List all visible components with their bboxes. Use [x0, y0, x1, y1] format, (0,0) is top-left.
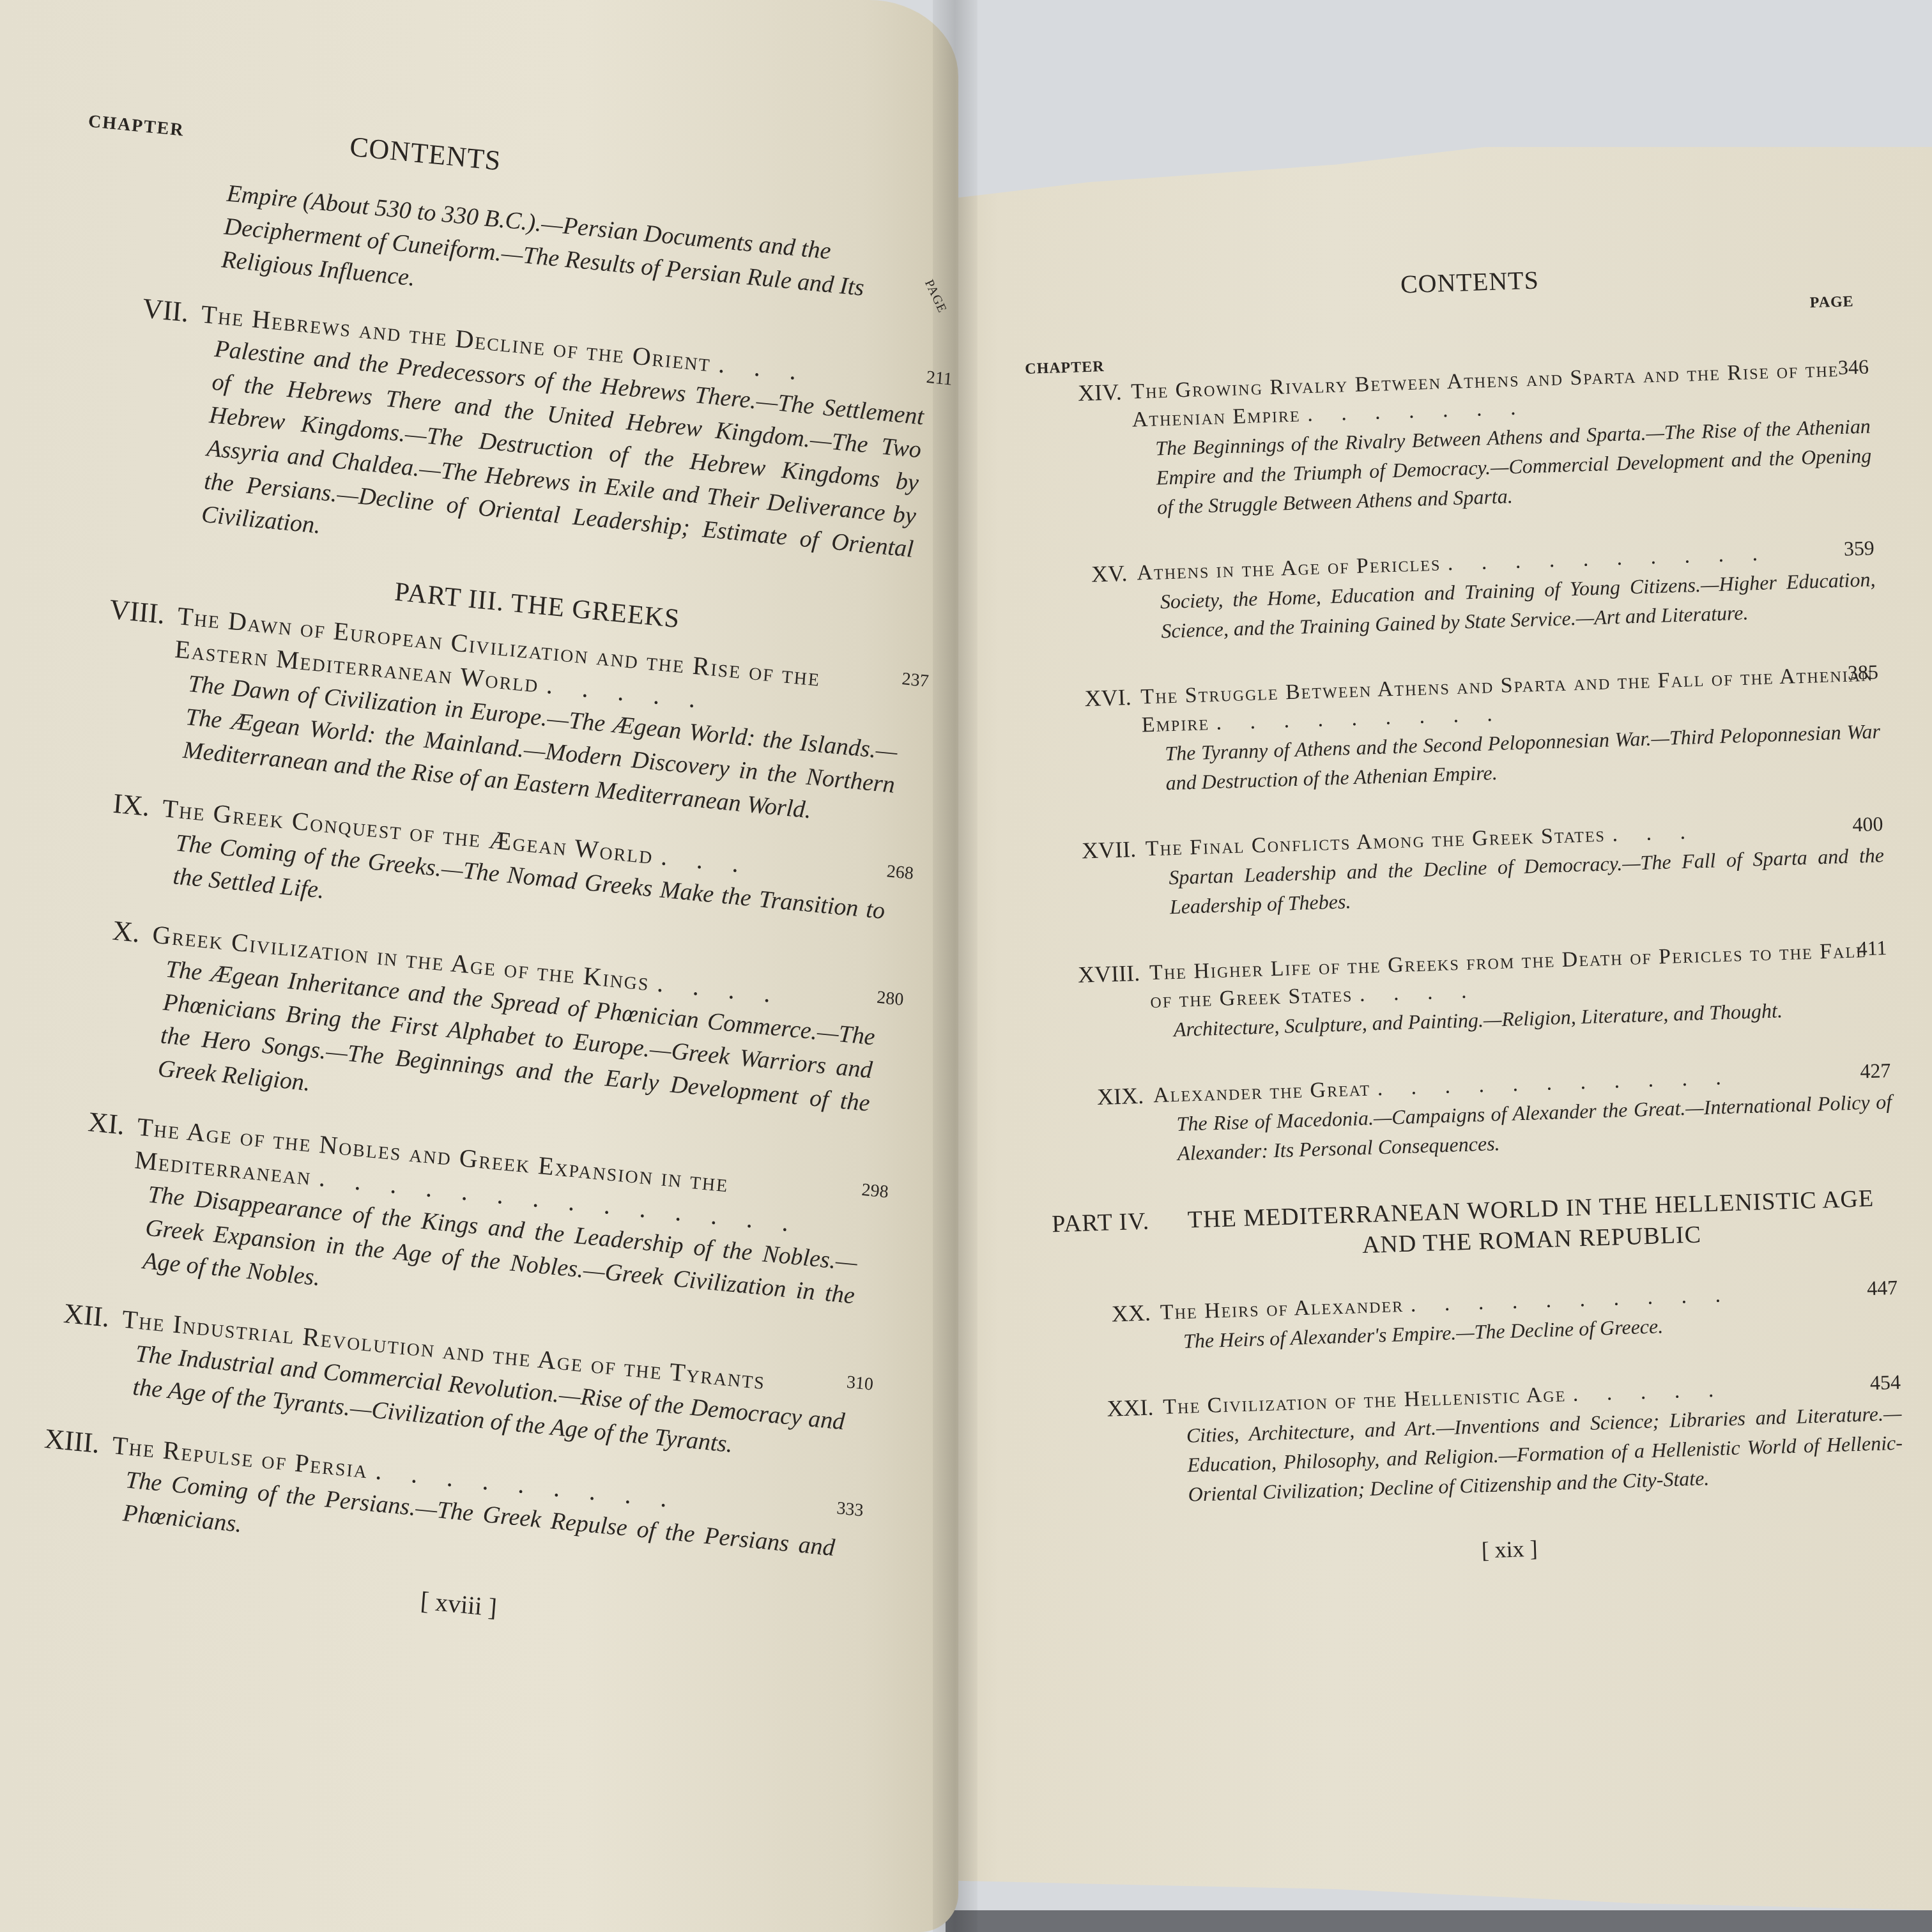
- page-number: 280: [876, 988, 904, 1011]
- right-page-content: CONTENTS PAGE CHAPTER XIV. The Growing R…: [1022, 255, 1904, 1507]
- chapter-number: XIII.: [22, 1420, 100, 1460]
- page-number: 268: [886, 861, 914, 884]
- chapter-number: XII.: [32, 1294, 111, 1333]
- toc-entry: XIX. Alexander the Great . . . . . . . .…: [1048, 1059, 1894, 1172]
- page-number: 400: [1852, 812, 1883, 836]
- toc-entry: XX. The Heirs of Alexander . . . . . . .…: [1054, 1276, 1899, 1360]
- chapter-number: VIII.: [88, 591, 166, 631]
- page-number: 447: [1867, 1276, 1898, 1300]
- chapter-title: Alexander the Great: [1153, 1077, 1371, 1108]
- toc-entry: XV. Athens in the Age of Pericles . . . …: [1031, 536, 1877, 649]
- toc-entry: XVII. The Final Conflicts Among the Gree…: [1039, 812, 1885, 925]
- page-column-label: PAGE: [1809, 293, 1854, 312]
- leader-dots: . . .: [717, 349, 809, 386]
- page-number: 359: [1843, 536, 1874, 560]
- page-number: 310: [846, 1372, 874, 1395]
- chapter-number: XIX.: [1048, 1082, 1144, 1112]
- chapter-number: IX.: [72, 783, 151, 823]
- page-number: 346: [1837, 355, 1869, 379]
- page-number: 427: [1860, 1059, 1891, 1083]
- left-page-content: CHAPTER PAGE CONTENTS Empire (About 530 …: [12, 109, 942, 1655]
- toc-entries: XIV. The Growing Rivalry Between Athens …: [1025, 355, 1906, 1577]
- page-number: 237: [901, 669, 929, 692]
- leader-dots: . . . . .: [1572, 1377, 1726, 1406]
- page-number: 211: [926, 367, 953, 390]
- part-heading: PART IV.THE MEDITERRANEAN WORLD IN THE H…: [1052, 1183, 1896, 1270]
- chapter-number: XV.: [1031, 560, 1128, 590]
- chapter-column-label: CHAPTER: [1025, 358, 1105, 378]
- page-number: 454: [1869, 1370, 1901, 1395]
- toc-entry: XIV. The Growing Rivalry Between Athens …: [1025, 355, 1873, 525]
- leader-dots: . . .: [660, 841, 751, 878]
- part-title: THE MEDITERRANEAN WORLD IN THE HELLENIST…: [1186, 1183, 1877, 1266]
- leader-dots: . . .: [1612, 820, 1698, 846]
- page-number: 333: [836, 1498, 864, 1521]
- page-number: 411: [1857, 936, 1887, 960]
- chapter-number: XXI.: [1057, 1393, 1154, 1423]
- leader-dots: . . . .: [1359, 979, 1478, 1006]
- chapter-number: XVI.: [1035, 684, 1131, 714]
- toc-entry: VII. The Hebrews and the Decline of the …: [95, 289, 928, 599]
- chapter-number: XX.: [1054, 1299, 1151, 1329]
- chapter-number: XVII.: [1039, 836, 1136, 866]
- chapter-number: VII.: [111, 289, 190, 328]
- toc-entry: XVI. The Struggle Between Athens and Spa…: [1035, 660, 1882, 801]
- chapter-title: The Heirs of Alexander: [1160, 1293, 1404, 1324]
- chapter-number: XVIII.: [1044, 960, 1140, 990]
- toc-entry: XVIII. The Higher Life of the Greeks fro…: [1044, 936, 1890, 1048]
- toc-entry: XXI. The Civilization of the Hellenistic…: [1057, 1370, 1904, 1513]
- chapter-number: XI.: [47, 1101, 126, 1141]
- leader-dots: . . . . . . .: [1307, 395, 1528, 426]
- page-number: 298: [861, 1180, 889, 1203]
- table-surface: [946, 1910, 1932, 1932]
- part-label: PART IV.: [1052, 1205, 1186, 1240]
- chapter-number: XIV.: [1025, 378, 1122, 408]
- chapter-number: X.: [62, 909, 141, 949]
- page-number: 385: [1847, 660, 1878, 684]
